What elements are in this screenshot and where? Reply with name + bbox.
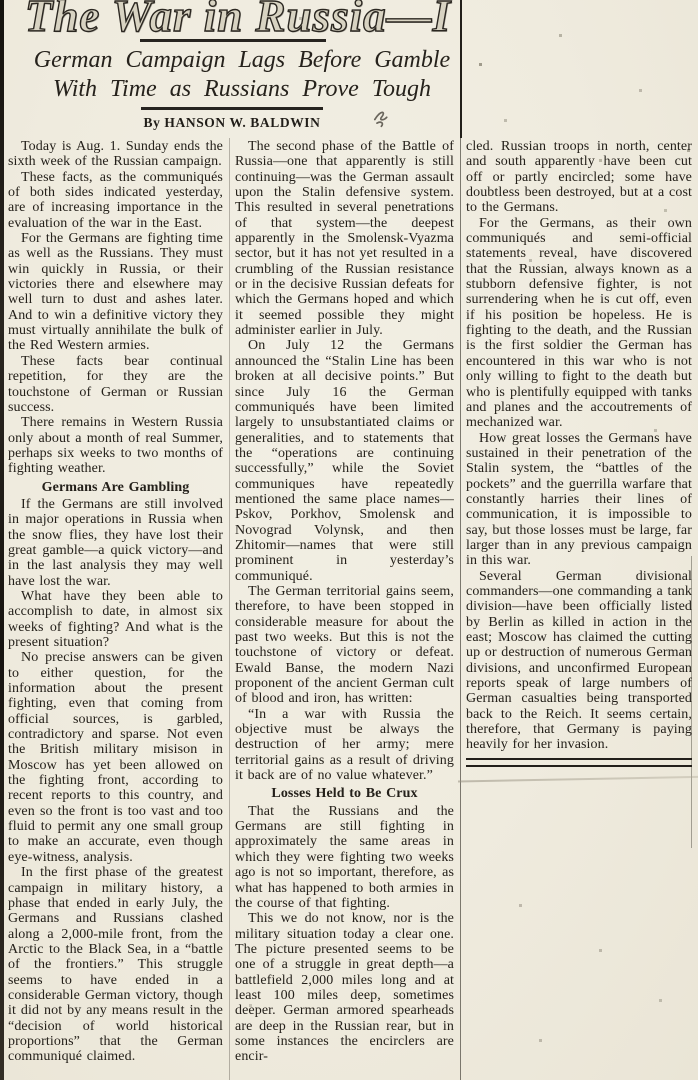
byline: By HANSON W. BALDWIN <box>0 115 464 131</box>
subheadline-rule <box>141 107 323 110</box>
article-paragraph: Several German divisional commanders—one… <box>466 569 692 753</box>
section-heading: Losses Held to Be Crux <box>235 786 454 801</box>
subheadline-line2: With Time as Russians Prove Tough <box>26 75 458 104</box>
subheadline-line1: German Campaign Lags Before Gamble <box>26 46 458 75</box>
article-paragraph: For the Germans are fighting time as wel… <box>8 231 223 354</box>
article-paragraph: This we do not know, nor is the military… <box>235 911 454 1064</box>
article-paragraph: These facts, as the communiqués of both … <box>8 170 223 231</box>
article-paragraph: How great losses the Germans have sustai… <box>466 431 692 569</box>
article-paragraph: The German territorial gains seem, there… <box>235 584 454 707</box>
article-column-2: The second phase of the Battle of Russia… <box>229 138 460 1080</box>
article-masthead: The War in Russia—I German Campaign Lags… <box>0 0 462 138</box>
article-paragraph: That the Russians and the Germans are st… <box>235 804 454 911</box>
article-paragraph: If the Germans are still involved in maj… <box>8 497 223 589</box>
article-paragraph: These facts bear continual repetition, f… <box>8 354 223 415</box>
article-end-double-rule <box>466 758 692 767</box>
article-paragraph: No precise answers can be given to eithe… <box>8 650 223 865</box>
article-paragraph: For the Germans, as their own communiqué… <box>466 216 692 431</box>
article-paragraph: cled. Russian troops in north, center an… <box>466 139 692 216</box>
section-heading: Germans Are Gambling <box>8 480 223 495</box>
article-column-3: cled. Russian troops in north, center an… <box>460 138 698 1080</box>
article-body: Today is Aug. 1. Sunday ends the sixth w… <box>3 138 698 1080</box>
clipping-torn-edge <box>458 775 698 782</box>
subheadline: German Campaign Lags Before Gamble With … <box>26 46 458 104</box>
article-paragraph: Today is Aug. 1. Sunday ends the sixth w… <box>8 139 223 170</box>
article-paragraph: There remains in Western Russia only abo… <box>8 415 223 476</box>
article-column-1: Today is Aug. 1. Sunday ends the sixth w… <box>3 138 229 1080</box>
headline-rule <box>140 39 326 42</box>
article-paragraph: In the first phase of the greatest campa… <box>8 865 223 1064</box>
newspaper-clipping-page: The War in Russia—I German Campaign Lags… <box>0 0 698 1080</box>
article-paragraph: “In a war with Russia the objective must… <box>235 707 454 784</box>
article-paragraph: On July 12 the Germans announced the “St… <box>235 338 454 584</box>
article-paragraph: What have they been able to accomplish t… <box>8 589 223 650</box>
headline: The War in Russia—I <box>24 0 452 41</box>
article-paragraph: The second phase of the Battle of Russia… <box>235 139 454 338</box>
